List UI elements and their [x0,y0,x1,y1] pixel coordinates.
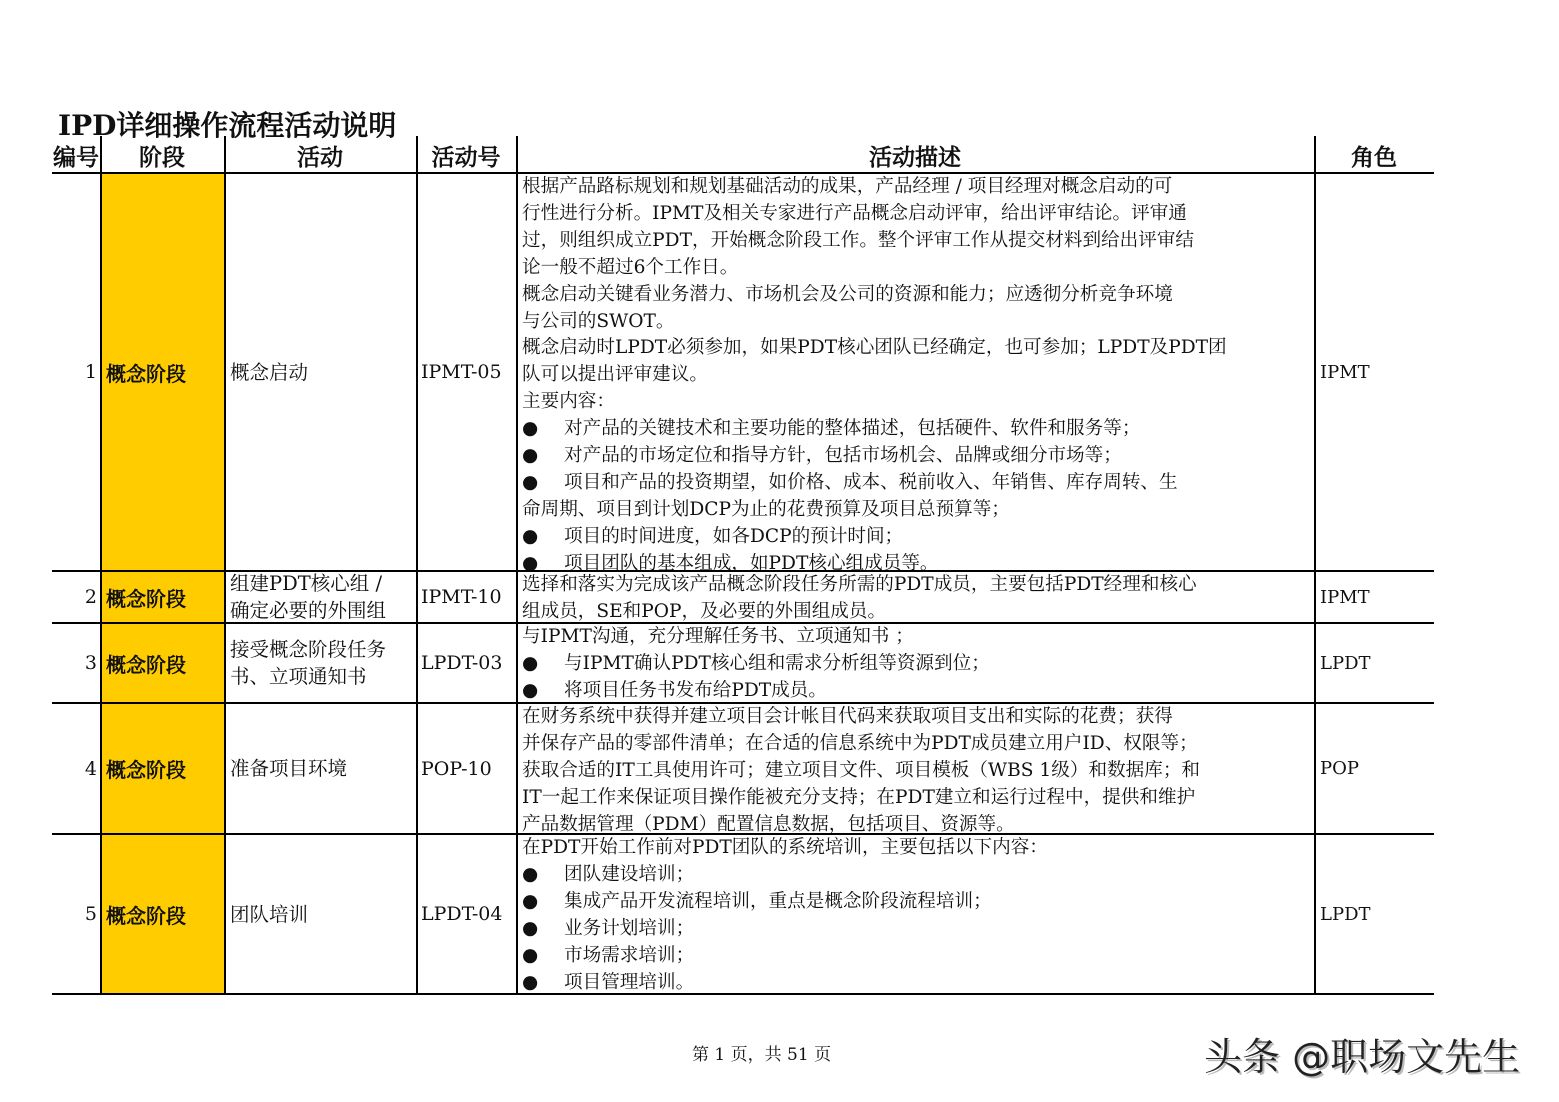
activity-cell: 组建PDT核心组 /确定必要的外围组 [226,572,416,622]
role-cell: LPDT [1316,835,1434,993]
description-line: ●业务计划培训； [522,916,1314,943]
grid-line-horizontal [52,993,1434,995]
bullet-text: 将项目任务书发布给PDT成员。 [564,680,827,701]
grid-line-vertical [416,136,418,995]
activity-code-cell: POP-10 [418,704,516,833]
bullet-icon: ● [522,678,564,702]
header-activity-code: 活动号 [416,136,516,172]
role-cell: LPDT [1316,624,1434,702]
description-cell: 根据产品路标规划和规划基础活动的成果，产品经理 / 项目经理对概念启动的可行性进… [518,174,1314,570]
header-stage: 阶段 [100,136,224,172]
header-activity: 活动 [224,136,416,172]
activity-code-cell: LPDT-04 [418,835,516,993]
header-role: 角色 [1314,136,1434,172]
activity-line: 书、立项通知书 [230,663,386,690]
bullet-icon: ● [522,862,564,889]
description-line: 在PDT开始工作前对PDT团队的系统培训，主要包括以下内容： [522,835,1314,862]
description-line: ●市场需求培训； [522,943,1314,970]
description-cell: 在财务系统中获得并建立项目会计帐目代码来获取项目支出和实际的花费；获得并保存产品… [518,704,1314,833]
bullet-icon: ● [522,916,564,943]
role-cell: POP [1316,704,1434,833]
bullet-icon: ● [522,889,564,916]
bullet-icon: ● [522,416,564,443]
description-line: ●项目的时间进度，如各DCP的预计时间； [522,524,1314,551]
description-line: 根据产品路标规划和规划基础活动的成果，产品经理 / 项目经理对概念启动的可 [522,174,1314,201]
bullet-text: 业务计划培训； [564,918,694,939]
bullet-icon: ● [522,470,564,497]
grid-line-vertical [100,136,102,995]
description-line: 行性进行分析。IPMT及相关专家进行产品概念启动评审，给出评审结论。评审通 [522,201,1314,228]
row-number: 3 [52,624,100,702]
grid-line-horizontal [52,570,1434,572]
bullet-text: 集成产品开发流程培训，重点是概念阶段流程培训； [564,891,992,912]
description-line: 产品数据管理（PDM）配置信息数据，包括项目、资源等。 [522,812,1314,833]
role-cell: IPMT [1316,572,1434,622]
grid-line-vertical [1314,136,1316,995]
activity-code-cell: LPDT-03 [418,624,516,702]
description-line: ●项目和产品的投资期望，如价格、成本、税前收入、年销售、库存周转、生 [522,470,1314,497]
bullet-text: 项目管理培训。 [564,972,694,993]
activity-line: 组建PDT核心组 / [230,572,386,597]
description-line: 概念启动关键看业务潜力、市场机会及公司的资源和能力；应透彻分析竞争环境 [522,282,1314,309]
description-line: 主要内容： [522,389,1314,416]
description-cell: 与IPMT沟通，充分理解任务书、立项通知书 ；●与IPMT确认PDT核心组和需求… [518,624,1314,702]
header-description: 活动描述 [516,136,1314,172]
role-cell: IPMT [1316,174,1434,570]
bullet-text: 团队建设培训； [564,864,694,885]
description-line: 论一般不超过6个工作日。 [522,255,1314,282]
bullet-text: 项目团队的基本组成，如PDT核心组成员等。 [564,553,939,570]
stage-cell: 概念阶段 [102,835,224,993]
bullet-text: 项目的时间进度，如各DCP的预计时间； [564,526,903,547]
bullet-text: 对产品的市场定位和指导方针，包括市场机会、品牌或细分市场等； [564,445,1122,466]
bullet-icon: ● [522,651,564,678]
activity-line: 接受概念阶段任务 [230,636,386,663]
row-number: 4 [52,704,100,833]
activity-cell: 接受概念阶段任务书、立项通知书 [226,624,416,702]
bullet-text: 与IPMT确认PDT核心组和需求分析组等资源到位； [564,653,990,674]
description-line: 命周期、项目到计划DCP为止的花费预算及项目总预算等； [522,497,1314,524]
description-line: IT一起工作来保证项目操作能被充分支持；在PDT建立和运行过程中，提供和维护 [522,785,1314,812]
description-line: ●对产品的关键技术和主要功能的整体描述，包括硬件、软件和服务等； [522,416,1314,443]
description-line: 并保存产品的零部件清单；在合适的信息系统中为PDT成员建立用户ID、权限等； [522,731,1314,758]
row-number: 5 [52,835,100,993]
description-line: ●集成产品开发流程培训，重点是概念阶段流程培训； [522,889,1314,916]
description-line: ●项目管理培训。 [522,970,1314,993]
activity-line: 确定必要的外围组 [230,597,386,622]
row-number: 2 [52,572,100,622]
bullet-text: 项目和产品的投资期望，如价格、成本、税前收入、年销售、库存周转、生 [564,472,1178,493]
bullet-icon: ● [522,551,564,570]
description-line: 队可以提出评审建议。 [522,362,1314,389]
grid-line-vertical [516,136,518,995]
description-line: 获取合适的IT工具使用许可；建立项目文件、项目模板（WBS 1级）和数据库；和 [522,758,1314,785]
description-line: ●团队建设培训； [522,862,1314,889]
grid-line-horizontal [52,702,1434,704]
activity-cell: 团队培训 [226,835,416,993]
description-line: 在财务系统中获得并建立项目会计帐目代码来获取项目支出和实际的花费；获得 [522,704,1314,731]
activity-code-cell: IPMT-10 [418,572,516,622]
description-line: 与公司的SWOT。 [522,309,1314,336]
page-indicator: 第 1 页，共 51 页 [692,1040,831,1065]
description-line: ●与IPMT确认PDT核心组和需求分析组等资源到位； [522,651,1314,678]
activity-cell: 概念启动 [226,174,416,570]
description-line: ●将项目任务书发布给PDT成员。 [522,678,1314,702]
bullet-text: 市场需求培训； [564,945,694,966]
stage-cell: 概念阶段 [102,174,224,570]
description-line: 选择和落实为完成该产品概念阶段任务所需的PDT成员，主要包括PDT经理和核心 [522,572,1314,599]
activity-code-cell: IPMT-05 [418,174,516,570]
grid-line-horizontal [52,172,1434,174]
bullet-text: 对产品的关键技术和主要功能的整体描述，包括硬件、软件和服务等； [564,418,1140,439]
description-cell: 选择和落实为完成该产品概念阶段任务所需的PDT成员，主要包括PDT经理和核心组成… [518,572,1314,622]
bullet-icon: ● [522,970,564,993]
bullet-icon: ● [522,524,564,551]
description-cell: 在PDT开始工作前对PDT团队的系统培训，主要包括以下内容：●团队建设培训；●集… [518,835,1314,993]
stage-cell: 概念阶段 [102,572,224,622]
activity-cell: 准备项目环境 [226,704,416,833]
description-line: ●对产品的市场定位和指导方针，包括市场机会、品牌或细分市场等； [522,443,1314,470]
description-line: ●项目团队的基本组成，如PDT核心组成员等。 [522,551,1314,570]
description-line: 组成员，SE和POP，及必要的外围组成员。 [522,599,1314,622]
bullet-icon: ● [522,443,564,470]
header-number: 编号 [52,136,100,172]
grid-line-horizontal [52,622,1434,624]
stage-cell: 概念阶段 [102,624,224,702]
description-line: 与IPMT沟通，充分理解任务书、立项通知书 ； [522,624,1314,651]
watermark: 头条 @职场文先生 [1204,1026,1520,1081]
grid-line-horizontal [52,833,1434,835]
stage-cell: 概念阶段 [102,704,224,833]
description-line: 过，则组织成立PDT，开始概念阶段工作。整个评审工作从提交材料到给出评审结 [522,228,1314,255]
description-line: 概念启动时LPDT必须参加，如果PDT核心团队已经确定，也可参加；LPDT及PD… [522,335,1314,362]
row-number: 1 [52,174,100,570]
bullet-icon: ● [522,943,564,970]
grid-line-vertical [224,136,226,995]
